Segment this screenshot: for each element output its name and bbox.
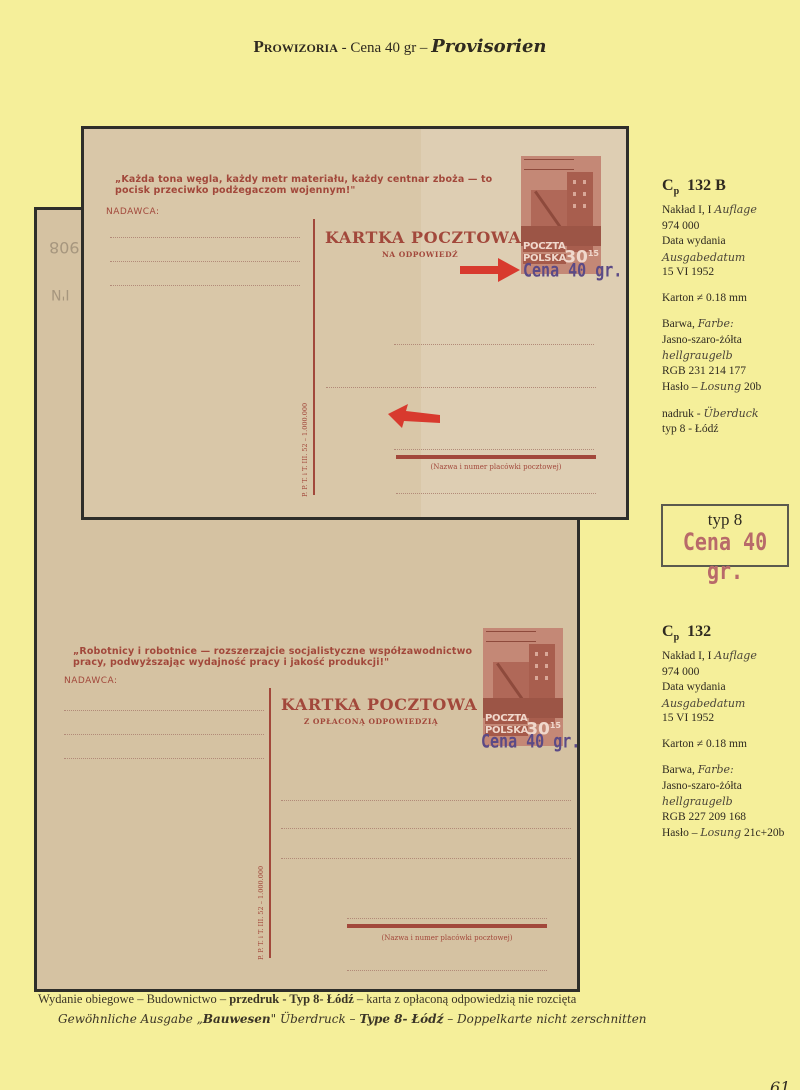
header-title-mid: - Cena 40 gr – xyxy=(338,40,431,56)
arrow-right-icon xyxy=(460,257,522,283)
address-line xyxy=(396,493,596,494)
address-line xyxy=(110,285,300,286)
quantity: 974 000 xyxy=(662,665,784,681)
arrow-left-icon xyxy=(386,403,442,429)
type-overprint-sample: Cena 40 gr. xyxy=(663,527,787,585)
card-quote: „Każda tona węgla, każdy metr materiału,… xyxy=(115,174,515,196)
catalog-number: Cp 132 B xyxy=(662,176,761,202)
address-line xyxy=(281,800,571,801)
issue-date: 15 VI 1952 xyxy=(662,265,761,281)
address-line xyxy=(64,734,264,735)
rgb-value: RGB 231 214 177 xyxy=(662,364,761,380)
page-number: 61 xyxy=(770,1078,790,1090)
address-line xyxy=(347,970,547,971)
address-line xyxy=(64,710,264,711)
page-header: Prowizoria - Cena 40 gr – Provisorien xyxy=(0,36,800,57)
address-line xyxy=(326,387,596,388)
address-line xyxy=(281,828,571,829)
postage-stamp: POCZTA POLSKA 3015 xyxy=(521,156,601,274)
post-office-bar xyxy=(347,924,547,928)
print-code: P. P. T. i T. III. 52 – 1.000.000 xyxy=(257,866,265,960)
rgb-value: RGB 227 209 168 xyxy=(662,810,784,826)
card-title: KARTKA POCZTOWA xyxy=(281,695,477,714)
divider-line xyxy=(269,688,271,958)
card-title: KARTKA POCZTOWA xyxy=(325,228,521,247)
footer-description-de: Gewöhnliche Ausgabe „Bauwesen" Überdruck… xyxy=(58,1012,647,1026)
post-office-caption: (Nazwa i numer placówki pocztowej) xyxy=(347,934,547,942)
pencil-note: 908 xyxy=(49,238,80,257)
issue-date: 15 VI 1952 xyxy=(662,711,784,727)
address-line xyxy=(347,918,547,919)
post-office-bar xyxy=(396,455,596,459)
overprint-price: Cena 40 gr. xyxy=(523,259,622,282)
header-title-script: Provisorien xyxy=(431,36,546,57)
quantity: 974 000 xyxy=(662,219,761,235)
card-quote: „Robotnicy i robotnice — rozszerzajcie s… xyxy=(73,646,473,668)
card-subtitle: Z OPŁACONĄ ODPOWIEDZIĄ xyxy=(281,717,461,726)
address-line xyxy=(394,344,594,345)
address-line xyxy=(64,758,264,759)
divider-line xyxy=(313,219,315,495)
header-title-caps: Prowizoria xyxy=(253,37,337,56)
footer-description-pl: Wydanie obiegowe – Budownictwo – przedru… xyxy=(38,992,576,1007)
catalog-number: Cp 132 xyxy=(662,622,784,648)
post-office-caption: (Nazwa i numer placówki pocztowej) xyxy=(396,463,596,471)
pencil-note: I'N xyxy=(51,286,69,302)
address-line xyxy=(110,237,300,238)
address-line xyxy=(110,261,300,262)
info-cp132b: Cp 132 B Nakład I, I Auflage 974 000 Dat… xyxy=(662,176,761,438)
overprint-type-box: typ 8 Cena 40 gr. xyxy=(661,504,789,567)
postcard-response: „Każda tona węgla, każdy metr materiału,… xyxy=(81,126,629,520)
info-cp132: Cp 132 Nakład I, I Auflage 974 000 Data … xyxy=(662,622,784,842)
sender-label: NADAWCA: xyxy=(64,676,118,686)
address-line xyxy=(281,858,571,859)
address-line xyxy=(394,449,594,450)
sender-label: NADAWCA: xyxy=(106,207,160,217)
overprint-price: Cena 40 gr. xyxy=(481,730,580,753)
postage-stamp: POCZTA POLSKA 3015 xyxy=(483,628,563,746)
print-code: P. P. T. i T. III. 52 – 1.000.000 xyxy=(301,403,309,497)
